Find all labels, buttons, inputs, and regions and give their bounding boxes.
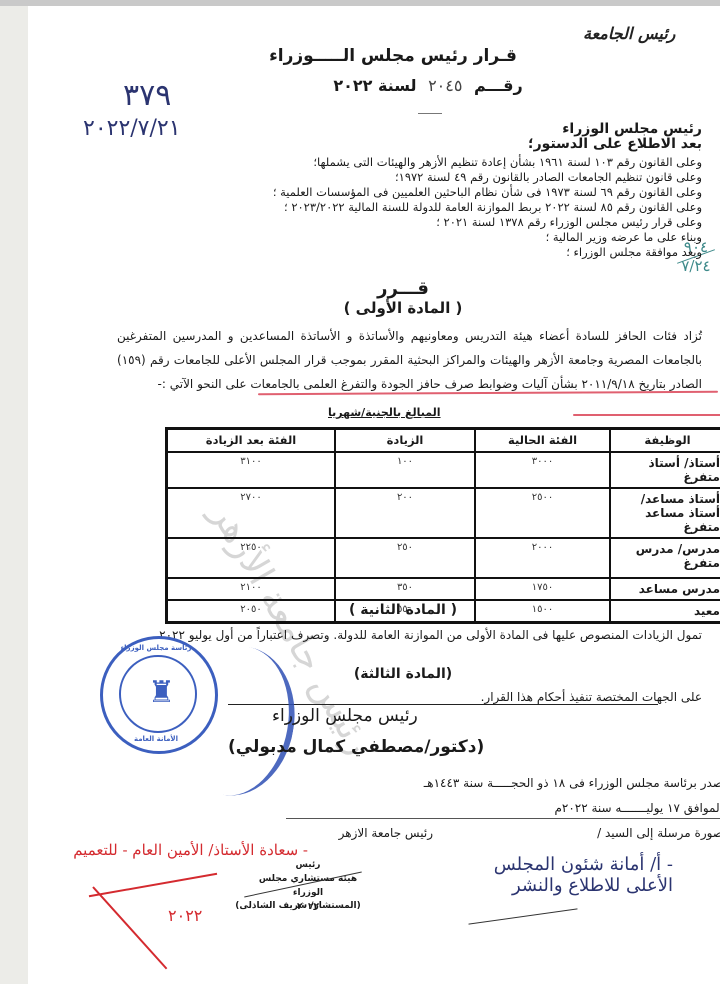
cell-after: ٢٠٥٠ bbox=[167, 600, 335, 622]
decree-title: قـرار رئيس مجلس الـــــوزراء bbox=[258, 46, 528, 66]
cell-current: ٢٥٠٠ bbox=[475, 488, 610, 538]
copy-to-label: صورة مرسلة إلى السيد / bbox=[508, 826, 720, 840]
cell-increase: ١٠٠ bbox=[335, 452, 475, 488]
prime-minister-name: (دكتور/مصطفي كمال مدبولي) bbox=[228, 737, 484, 757]
cell-after: ٢١٠٠ bbox=[167, 578, 335, 600]
eagle-emblem-icon: ♜ bbox=[148, 677, 170, 709]
issuer-heading: رئيس مجلس الوزراء bbox=[562, 121, 702, 137]
decree-year: لسنة ٢٠٢٢ bbox=[333, 76, 416, 95]
preamble-line: وعلى قرار رئيس مجلس الوزراء رقم ١٣٧٨ لسن… bbox=[182, 215, 702, 230]
cell-after: ٣١٠٠ bbox=[167, 452, 335, 488]
decree-prefix: رقـــم bbox=[474, 76, 523, 95]
article-3-text: على الجهات المختصة تنفيذ أحكام هذا القرا… bbox=[302, 690, 702, 704]
table-row: أستاذ/ أستاذ متفرغ ٣٠٠٠ ١٠٠ ٣١٠٠ bbox=[167, 452, 720, 488]
cell-after: ٢٧٠٠ bbox=[167, 488, 335, 538]
divider bbox=[286, 818, 720, 819]
table-caption: المبالغ بالجنية/شهريا bbox=[328, 406, 441, 419]
copy-recipient: رئيس جامعة الازهر bbox=[273, 826, 433, 840]
table-header-row: الوظيفة الفئة الحالية الزيادة الفئة بعد … bbox=[167, 429, 720, 452]
red-signature bbox=[89, 873, 217, 898]
preamble: وعلى القانون رقم ١٠٣ لسنة ١٩٦١ بشأن إعاد… bbox=[182, 155, 702, 260]
cell-current: ١٥٠٠ bbox=[475, 600, 610, 622]
decree-number: ٢٠٤٥ bbox=[422, 76, 468, 95]
handwritten-referral-note: - أ/ أمانة شئون المجلس الأعلى للاطلاع وا… bbox=[443, 854, 673, 896]
council-signer: (المستشار/ شريف الشاذلى) bbox=[218, 901, 378, 911]
header-after: الفئة بعد الزيادة bbox=[167, 429, 335, 452]
table-row: أستاذ مساعد/ أستاذ مساعد متفرغ ٢٥٠٠ ٢٠٠ … bbox=[167, 488, 720, 538]
handwritten-red-note: - سعادة الأستاذ/ الأمين العام - للتعميم bbox=[68, 841, 308, 859]
council-head-title: رئيس bbox=[253, 858, 363, 872]
preamble-line: وعلى القانون رقم ١٠٣ لسنة ١٩٦١ بشأن إعاد… bbox=[182, 155, 702, 170]
document-page: رئيس جامعة الأزهر رئيس الجامعة قـرار رئي… bbox=[28, 6, 720, 984]
cell-increase: ٣٥٠ bbox=[335, 578, 475, 600]
decides-heading: قـــرر bbox=[348, 278, 458, 299]
page-margin bbox=[0, 6, 28, 984]
article-1-text: تُزاد فئات الحافز للسادة أعضاء هيئة التد… bbox=[117, 324, 702, 396]
cell-job: مدرس/ مدرس متفرغ bbox=[610, 538, 720, 578]
cell-increase: ٢٠٠ bbox=[335, 488, 475, 538]
header-current: الفئة الحالية bbox=[475, 429, 610, 452]
decree-number-line: رقـــم ٢٠٤٥ لسنة ٢٠٢٢ bbox=[328, 76, 528, 95]
preamble-line: وعلى قانون تنظيم الجامعات الصادر بالقانو… bbox=[182, 170, 702, 185]
issued-hijri-date: صدر برئاسة مجلس الوزراء فى ١٨ ذو الحجـــ… bbox=[368, 776, 720, 790]
handwritten-reference-number: ٣٧٩ bbox=[123, 78, 171, 113]
article-1-title: ( المادة الأولى ) bbox=[328, 299, 478, 317]
cell-increase: ٢٥٠ bbox=[335, 538, 475, 578]
article-3-title: (المادة الثالثة) bbox=[328, 666, 478, 682]
handwritten-red-date: ٢٠٢٢ bbox=[168, 906, 202, 925]
handwritten-date: ٢٠٢٢/٧/٢١ bbox=[83, 116, 181, 141]
cell-after: ٢٢٥٠ bbox=[167, 538, 335, 578]
preamble-line: وعلى القانون رقم ٦٩ لسنة ١٩٧٣ فى شأن نظا… bbox=[182, 185, 702, 200]
council-name: هيئة مستشاري مجلس الوزراء bbox=[253, 872, 363, 900]
preamble-line: وبعد موافقة مجلس الوزراء ؛ bbox=[182, 245, 702, 260]
table-row: مدرس مساعد ١٧٥٠ ٣٥٠ ٢١٠٠ bbox=[167, 578, 720, 600]
incentive-table: الوظيفة الفئة الحالية الزيادة الفئة بعد … bbox=[165, 427, 720, 624]
preamble-line: وبناء على ما عرضه وزير المالية ؛ bbox=[182, 230, 702, 245]
signature bbox=[468, 908, 577, 924]
divider bbox=[418, 113, 442, 114]
article-2-title: ( المادة الثانية ) bbox=[328, 602, 478, 618]
preamble-line: وعلى القانون رقم ٨٥ لسنة ٢٠٢٢ بربط الموا… bbox=[182, 200, 702, 215]
table-row: مدرس/ مدرس متفرغ ٢٠٠٠ ٢٥٠ ٢٢٥٠ bbox=[167, 538, 720, 578]
cell-current: ١٧٥٠ bbox=[475, 578, 610, 600]
cell-job: أستاذ مساعد/ أستاذ مساعد متفرغ bbox=[610, 488, 720, 538]
cell-current: ٣٠٠٠ bbox=[475, 452, 610, 488]
cell-job: مدرس مساعد bbox=[610, 578, 720, 600]
cell-job: معيد bbox=[610, 600, 720, 622]
header-increase: الزيادة bbox=[335, 429, 475, 452]
article-2-text: تمول الزيادات المنصوص عليها فى المادة ال… bbox=[122, 624, 702, 646]
header-job: الوظيفة bbox=[610, 429, 720, 452]
stamp-text-top: رئاسة مجلس الوزراء bbox=[103, 644, 209, 652]
constitution-line: بعد الاطلاع على الدستور؛ bbox=[528, 136, 702, 152]
prime-minister-title: رئيس مجلس الوزراء bbox=[272, 706, 418, 726]
issued-gregorian-date: الموافق ١٧ يوليـــــــه سنة ٢٠٢٢م bbox=[368, 801, 720, 815]
red-underline bbox=[573, 414, 720, 416]
cell-current: ٢٠٠٠ bbox=[475, 538, 610, 578]
red-signature bbox=[92, 886, 167, 969]
cell-job: أستاذ/ أستاذ متفرغ bbox=[610, 452, 720, 488]
handwritten-header-note: رئيس الجامعة bbox=[583, 24, 675, 43]
